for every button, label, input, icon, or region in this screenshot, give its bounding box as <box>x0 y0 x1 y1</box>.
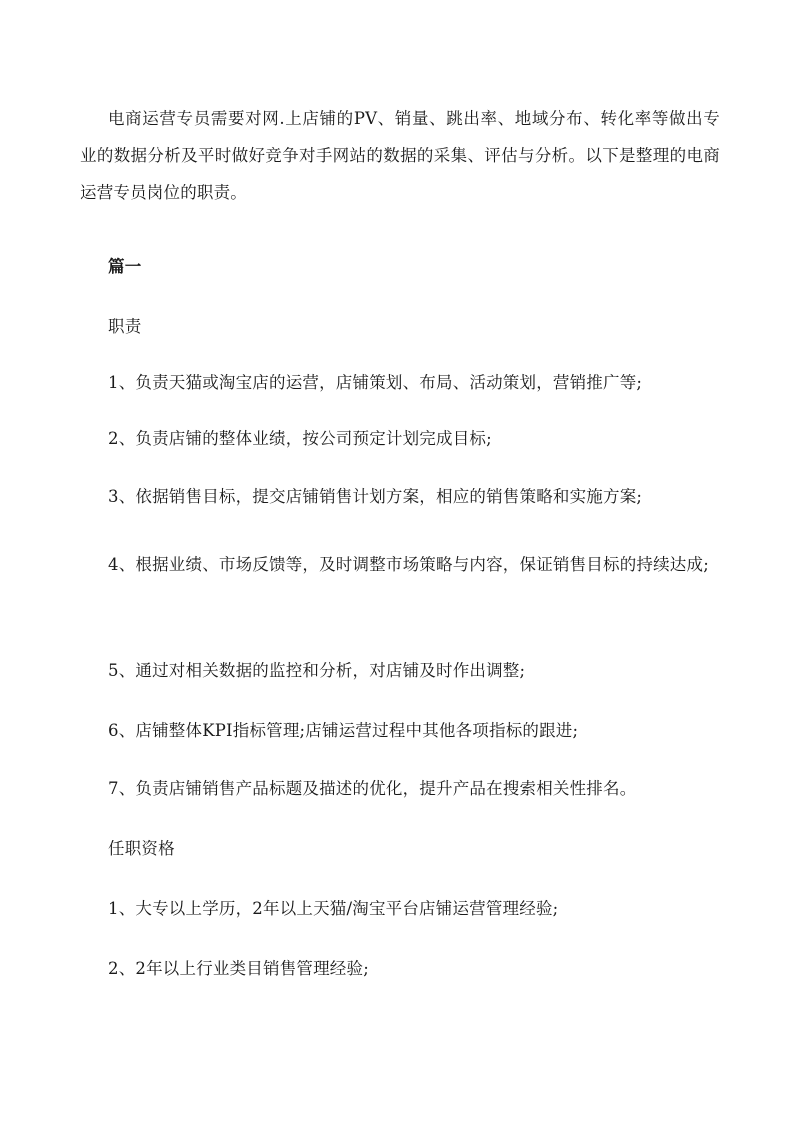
duty-item-7: 7、负责店铺销售产品标题及描述的优化，提升产品在搜索相关性排名。 <box>80 770 720 807</box>
duty-item-1: 1、负责天猫或淘宝店的运营，店铺策划、布局、活动策划，营销推广等; <box>80 364 720 401</box>
duties-heading: 职责 <box>80 308 720 345</box>
duty-item-6: 6、店铺整体KPI指标管理;店铺运营过程中其他各项指标的跟进; <box>80 712 720 749</box>
duty-item-4: 4、根据业绩、市场反馈等，及时调整市场策略与内容，保证销售目标的持续达成; <box>80 546 720 583</box>
duty-item-5: 5、通过对相关数据的监控和分析，对店铺及时作出调整; <box>80 652 720 689</box>
qualification-item-1: 1、大专以上学历，2年以上天猫/淘宝平台店铺运营管理经验; <box>80 890 720 927</box>
intro-paragraph: 电商运营专员需要对网.上店铺的PV、销量、跳出率、地域分布、转化率等做出专业的数… <box>80 100 720 211</box>
duty-item-3: 3、依据销售目标，提交店铺销售计划方案，相应的销售策略和实施方案; <box>80 478 720 515</box>
qualification-item-2: 2、2年以上行业类目销售管理经验; <box>80 950 720 987</box>
qualifications-heading: 任职资格 <box>80 830 720 867</box>
section-title: 篇一 <box>80 248 720 285</box>
duty-item-2: 2、负责店铺的整体业绩，按公司预定计划完成目标; <box>80 420 720 457</box>
